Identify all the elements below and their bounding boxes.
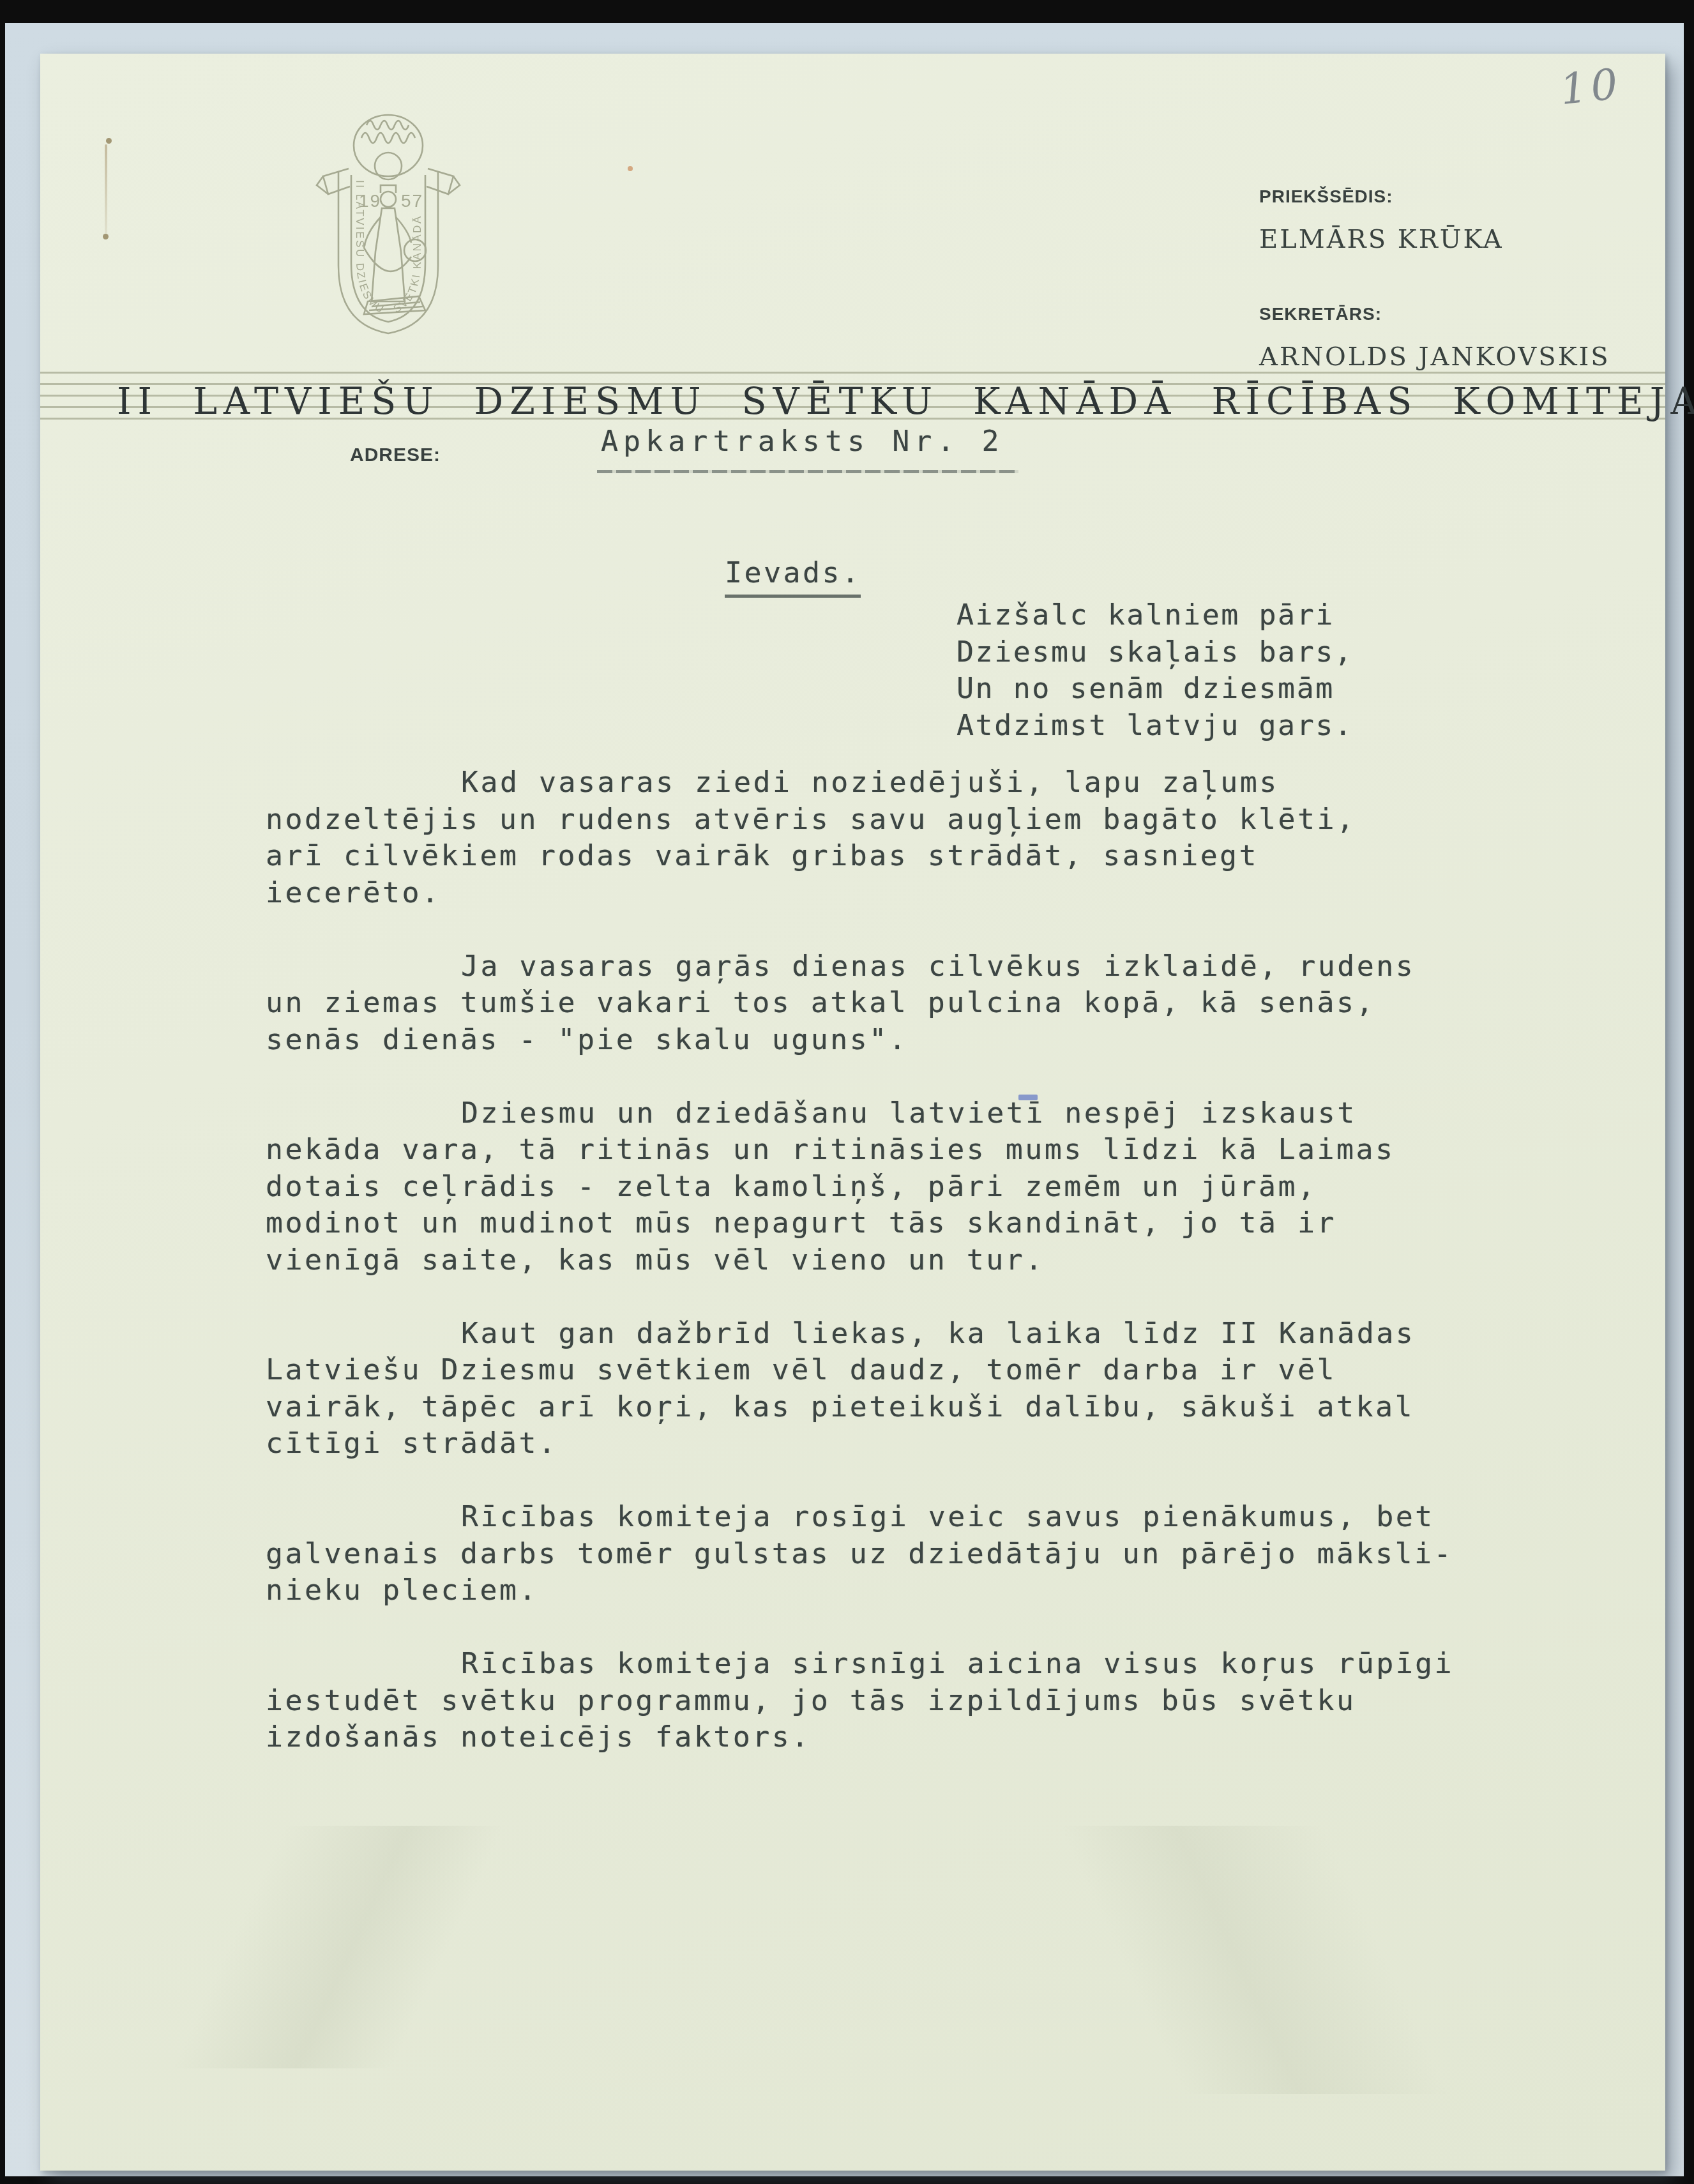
committee-title: II LATVIEŠU DZIESMU SVĒTKU KANĀDĀ RĪCĪBA… <box>117 376 1637 427</box>
seal-ribbon-right <box>427 169 453 194</box>
paper-crease <box>886 1826 1589 2094</box>
circular-title-underline <box>597 470 1018 473</box>
staff-line <box>40 372 1665 374</box>
paragraph: Kad vasaras ziedi noziedējuši, lapu zaļu… <box>266 764 1536 911</box>
paragraph: Kaut gan dažbrīd liekas, ka laika līdz I… <box>266 1315 1536 1462</box>
seal-year-right: 57 <box>401 191 423 211</box>
staple-rust-streak <box>105 144 107 234</box>
paper-crease <box>79 1826 653 2068</box>
secretary-name: ARNOLDS JANKOVSKIS <box>1259 342 1610 372</box>
staple-hole-top <box>106 138 112 144</box>
seal-flames <box>367 121 409 130</box>
rust-speck <box>628 166 633 171</box>
scan-background-mat: 10 19 57 <box>5 23 1684 2176</box>
paragraph: Rīcības komiteja rosīgi veic savus pienā… <box>266 1498 1536 1609</box>
seal-sun <box>354 115 423 176</box>
paragraph: Ja vasaras gaŗās dienas cilvēkus izklaid… <box>266 948 1536 1058</box>
chairman-name: ELMĀRS KRŪKA <box>1259 225 1504 254</box>
paragraph: Rīcības komiteja sirsnīgi aicina visus k… <box>266 1645 1536 1756</box>
handwritten-page-number: 10 <box>1558 52 1690 114</box>
seal-maiden-head <box>381 192 396 207</box>
seal-ribbon-left <box>323 169 350 194</box>
scanned-document-photo: { "page": { "handwritten_page_number": "… <box>0 0 1694 2184</box>
secretary-label: SEKRETĀRS: <box>1259 304 1382 324</box>
poem-verse: Aizšalc kalniem pāri Dziesmu skaļais bar… <box>957 596 1353 743</box>
festival-seal-icon: 19 57 II LATVIEŠU DZIESMU · SVĒTKI KANĀD… <box>305 105 471 405</box>
address-label: ADRESE: <box>350 444 441 466</box>
circular-number-title: Apkartraksts Nr. 2 <box>601 424 1004 458</box>
seal-flames <box>361 133 415 143</box>
paragraph: Dziesmu un dziedāšanu latvietī nespēj iz… <box>266 1095 1536 1278</box>
section-title: Ievads. <box>725 556 861 598</box>
staple-hole-bottom <box>103 234 109 239</box>
chairman-label: PRIEKŠSĒDIS: <box>1259 186 1393 207</box>
letter-paper: 10 19 57 <box>40 54 1665 2171</box>
letter-text-column: Kad vasaras ziedi noziedējuši, lapu zaļu… <box>266 764 1536 1792</box>
